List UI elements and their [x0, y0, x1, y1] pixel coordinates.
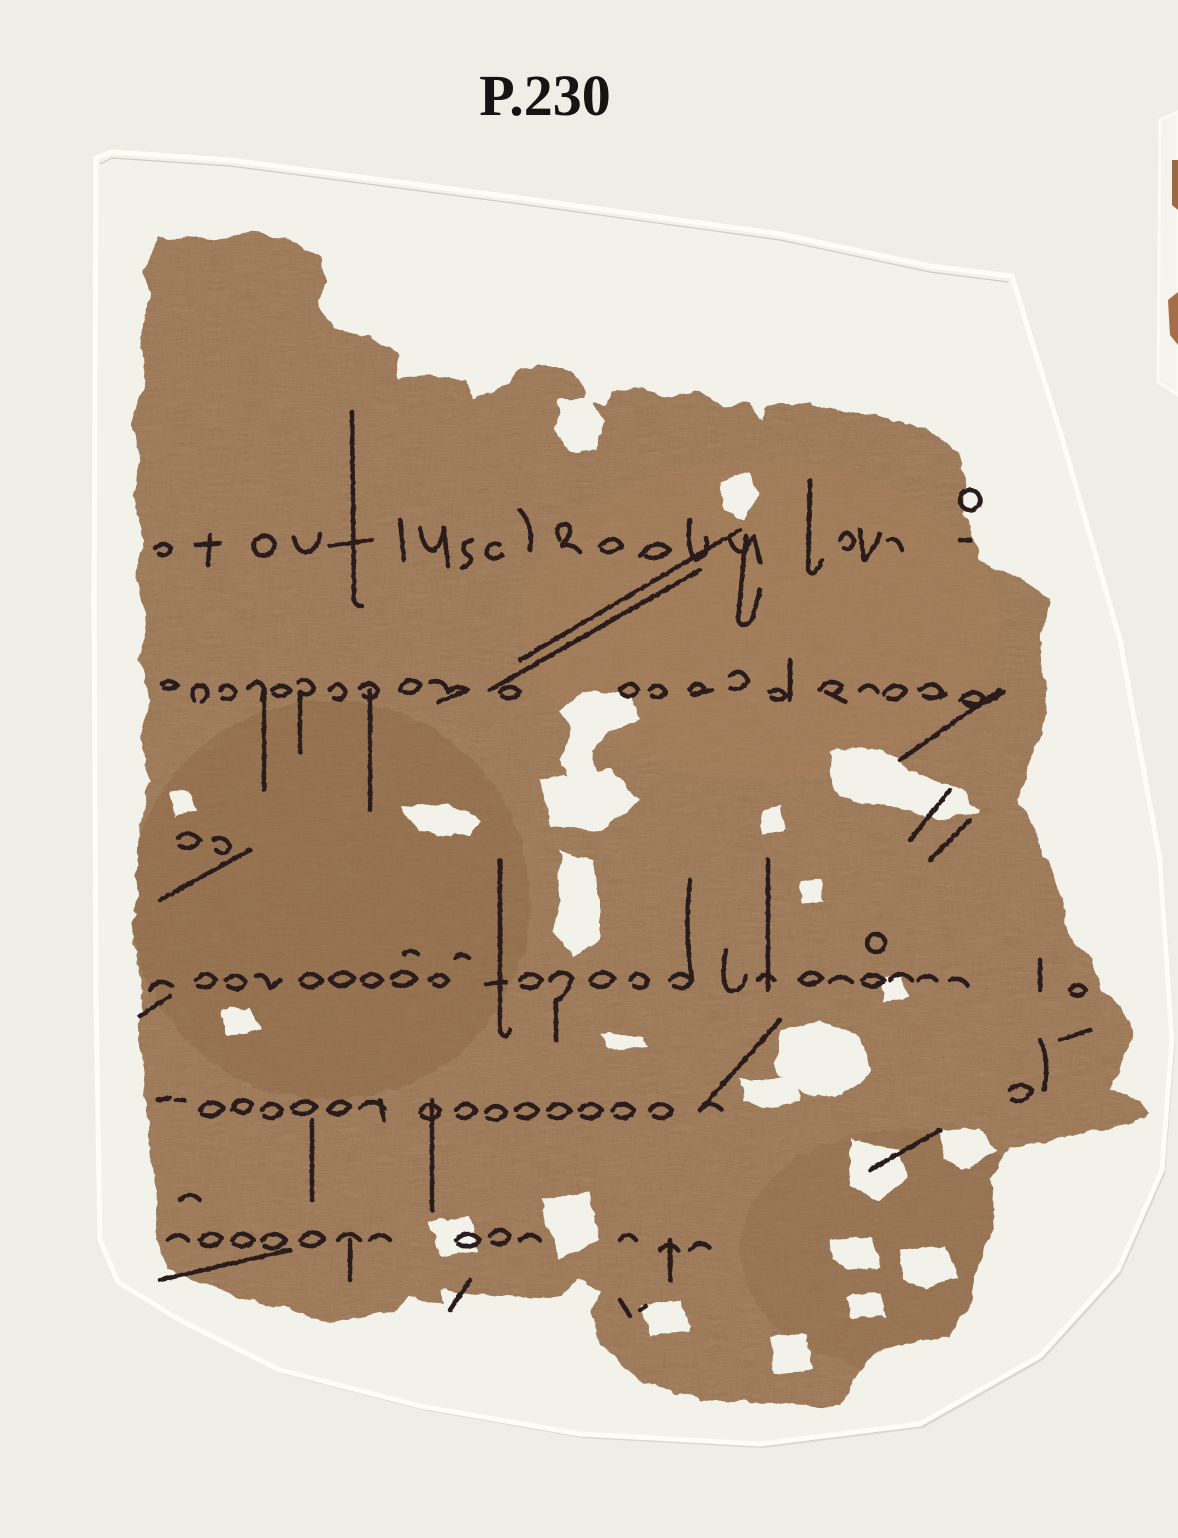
papyrus-scene [0, 0, 1178, 1538]
papyrus-photo: P.230 [0, 0, 1178, 1538]
adjacent-mount [1158, 112, 1178, 395]
